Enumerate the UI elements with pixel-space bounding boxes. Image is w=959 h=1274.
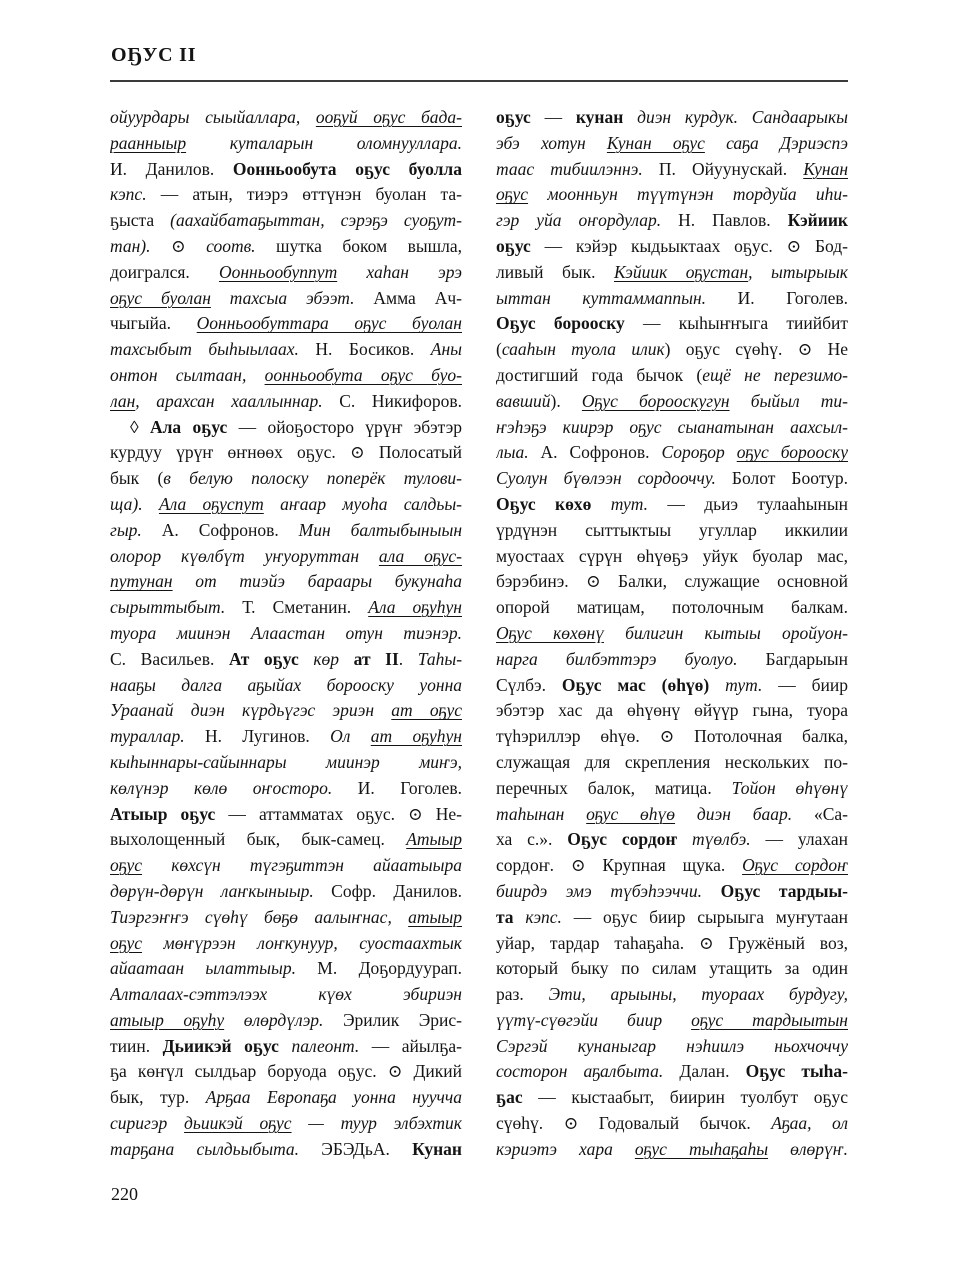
example-italic: тахсыбыт быһыылаах. — [110, 339, 299, 359]
plain-text: — кыстаабыт, биирин туолбут оҕус — [523, 1087, 848, 1107]
text-line: Оҕус көхөнү билигин кытыы оройуон- — [496, 621, 848, 647]
example-italic: Ураанай диэн күрдьүгэс эриэн — [110, 700, 391, 720]
headword-bold: Оҕус мас (өһүө) — [562, 675, 709, 695]
text-line: ойуурдары сыыйаллара, ооҕуй оҕус бада- — [110, 105, 462, 131]
text-line: Алталаах-сэттэлээх күөх эбириэн — [110, 982, 462, 1008]
plain-text — [279, 1036, 292, 1056]
example-italic: ҥэһэҕэ киирэр оҕус сыанатынан аахсыл- — [496, 417, 848, 437]
plain-text — [339, 649, 354, 669]
example-italic: палеонт. — [291, 1036, 359, 1056]
text-line: лан, арахсан хааллыннар. С. Никифоров. — [110, 389, 462, 415]
plain-text: доигрался. — [110, 262, 219, 282]
example-underlined: атыыр оҕуһу — [110, 1010, 224, 1030]
example-italic: гэр уйа оҥордулар. — [496, 210, 661, 230]
plain-text: Эрилик Эрис- — [323, 1010, 462, 1030]
plain-text: — ойоҕосторо үрүҥ эбэтэр — [227, 417, 462, 437]
example-underlined: оҕус борооску — [737, 442, 848, 462]
plain-text: — дьиэ тулааһынын — [648, 494, 848, 514]
example-italic: вавший — [496, 391, 551, 411]
text-line: муостаах сүрүн өһүөҕэ уйук буолар мас, — [496, 544, 848, 570]
text-line: И. Данилов. Оонньообута оҕус буолла — [110, 157, 462, 183]
example-italic: нарга билбэттэрэ буолуо. — [496, 649, 738, 669]
plain-text — [143, 494, 159, 514]
plain-text: Т. Сметанин. — [225, 597, 368, 617]
text-line: кэриэтэ хара оҕус тыһаҕаһы өлөрүҥ. — [496, 1137, 848, 1163]
text-line: чыгыйа. Оонньообуттара оҕус буолан — [110, 311, 462, 337]
example-italic: диэн баар. — [675, 804, 792, 824]
text-line: ҕа көҥүл сылдьар боруода оҕус. ⊙ Дикий — [110, 1059, 462, 1085]
text-line: ха с.». Оҕус сордоҥ түөлбэ. — улахан — [496, 827, 848, 853]
text-line: нааҕы далга аҕыйах борооску уонна — [110, 673, 462, 699]
text-line: ◊ Ала оҕус — ойоҕосторо үрүҥ эбэтэр — [110, 415, 462, 441]
plain-text — [514, 907, 526, 927]
plain-text: ◊ — [130, 417, 150, 437]
text-line: тан). ⊙ соотв. шутка боком вышла, — [110, 234, 462, 260]
plain-text: бэрэбинэ. ⊙ Балки, служащие основной — [496, 571, 848, 591]
example-italic: лыа. — [496, 442, 529, 462]
plain-text: Далан. — [663, 1061, 745, 1081]
text-line: Оҕус борооску — кыһыҥҥыга тиийбит — [496, 311, 848, 337]
plain-text: опорой матицам, потолочным балкам. — [496, 597, 848, 617]
plain-text: түһэриллэр өһүө. ⊙ Потолочная балка, — [496, 726, 848, 746]
text-line: оҕус — кунан диэн курдук. Сандаарыкы — [496, 105, 848, 131]
example-underlined: Оҕус көхөнү — [496, 623, 604, 643]
text-line: ҕас — кыстаабыт, биирин туолбут оҕус — [496, 1085, 848, 1111]
example-italic: соотв. — [206, 236, 255, 256]
header-rule — [110, 80, 848, 82]
text-line: Суолун бүөлээн сордооччу. Болот Боотур. — [496, 466, 848, 492]
example-italic: тут. — [725, 675, 762, 695]
example-italic: ещё не перезимо- — [702, 365, 848, 385]
example-italic: өлөрдүлэр. — [224, 1010, 323, 1030]
headword-bold: кунан — [576, 107, 624, 127]
text-line: ща). Ала оҕуспут аҥаар муоһа салдьы- — [110, 492, 462, 518]
example-italic: куталарын оломнууллара. — [186, 133, 462, 153]
example-italic: дөрүн-дөрүн лаҥкыныыр. — [110, 881, 314, 901]
plain-text: — биир — [762, 675, 848, 695]
plain-text: выхолощенный бык, бык-самец. — [110, 829, 406, 849]
example-italic: быйыл ти- — [730, 391, 848, 411]
plain-text: . — [399, 649, 418, 669]
plain-text: И. Гоголев. — [706, 288, 848, 308]
example-italic: туора миинэн Алаастан отун тиэнэр. — [110, 623, 462, 643]
text-line: та кэпс. — оҕус биир сырыыга муҥутаан — [496, 905, 848, 931]
headword-bold: Оонньообута оҕус буолла — [233, 159, 462, 179]
text-line: опорой матицам, потолочным балкам. — [496, 595, 848, 621]
example-italic: кэпс. — [525, 907, 562, 927]
plain-text — [709, 675, 725, 695]
text-line: курдуу үрүҥ өҥнөөх оҕус. ⊙ Полосатый — [110, 440, 462, 466]
example-italic: гыр. — [110, 520, 142, 540]
headword-bold: Кунан — [412, 1139, 462, 1159]
text-line: оҕус — кэйэр кыдьыктаах оҕус. ⊙ Бод- — [496, 234, 848, 260]
headword-bold: Оҕус борооску — [496, 313, 625, 333]
example-italic: түөлбэ. — [692, 829, 751, 849]
text-line: сүөһү. ⊙ Годовалый бычок. Аҕаа, ол — [496, 1111, 848, 1137]
text-line: тахсыбыт быһыылаах. Н. Босиков. Аны — [110, 337, 462, 363]
example-underlined: оонньообута оҕус буо- — [265, 365, 462, 385]
text-line: служащая для скрепления нескольких по- — [496, 750, 848, 776]
plain-text: М. Доҕордуурап. — [296, 958, 462, 978]
example-italic: — туур элбэхтик — [292, 1113, 462, 1133]
text-line: гыр. А. Софронов. Мин балтыбыныын — [110, 518, 462, 544]
example-italic: тураллар. — [110, 726, 185, 746]
example-italic: тут. — [611, 494, 648, 514]
example-italic: Аҕаа, ол — [771, 1113, 848, 1133]
text-line: раз. Эти, арыыны, туораах бурдугу, — [496, 982, 848, 1008]
example-underlined: раанныыр — [110, 133, 186, 153]
text-line: көлүнэр көлө оҥосторо. И. Гоголев. — [110, 776, 462, 802]
text-line: таас тибиилэннэ. П. Ойуунускай. Кунан — [496, 157, 848, 183]
text-line: лыа. А. Софронов. Сороҕор оҕус борооску — [496, 440, 848, 466]
example-italic: мөҥүрээн лоҥкунуур, суостаахтык — [142, 933, 462, 953]
example-underlined: Оонньообуттара оҕус буолан — [197, 313, 462, 333]
plain-text: бык, тур. — [110, 1087, 206, 1107]
example-underlined: Ала оҕуһун — [368, 597, 462, 617]
example-italic: от тиэйэ бараары букунаһа — [173, 571, 462, 591]
text-line: Тиэргэҥҥэ сүөһү бөҕө аалыҥнас, атыыр — [110, 905, 462, 931]
text-line: бык (в белую полоску поперёк тулови- — [110, 466, 462, 492]
example-underlined: оҕус — [496, 184, 528, 204]
example-italic: өлөрүҥ. — [768, 1139, 848, 1159]
text-line: Сүлбэ. Оҕус мас (өһүө) тут. — биир — [496, 673, 848, 699]
headword-bold: Дьиикэй оҕус — [163, 1036, 279, 1056]
plain-text: Сүлбэ. — [496, 675, 562, 695]
text-line: ҥэһэҕэ киирэр оҕус сыанатынан аахсыл- — [496, 415, 848, 441]
plain-text: Багдарыын — [738, 649, 848, 669]
plain-text: — аттамматах оҕус. ⊙ Не- — [215, 804, 462, 824]
example-underlined: Ала оҕуспут — [159, 494, 264, 514]
plain-text — [702, 881, 721, 901]
headword-bold: Кэйиик — [788, 210, 848, 230]
plain-text: тиин. — [110, 1036, 163, 1056]
plain-text: курдуу үрүҥ өҥнөөх оҕус. ⊙ Полосатый — [110, 442, 462, 462]
example-underlined: Кэйиик оҕустан — [614, 262, 748, 282]
plain-text: сүөһү. ⊙ Годовалый бычок. — [496, 1113, 771, 1133]
example-underlined: дьиикэй оҕус — [184, 1113, 292, 1133]
page-header: ОҔУС II — [111, 44, 196, 67]
plain-text: — айылҕа- — [359, 1036, 462, 1056]
example-italic: сиригэр — [110, 1113, 184, 1133]
plain-text: эбэтэр хас да өһүөнү өйүүр гына, туора — [496, 700, 848, 720]
plain-text: раз. — [496, 984, 549, 1004]
text-line: доигрался. Оонньообуппут хаһан эрэ — [110, 260, 462, 286]
text-line: түһэриллэр өһүө. ⊙ Потолочная балка, — [496, 724, 848, 750]
headword-bold: та — [496, 907, 514, 927]
text-line: сиригэр дьиикэй оҕус — туур элбэхтик — [110, 1111, 462, 1137]
text-line: сырыттыбыт. Т. Сметанин. Ала оҕуһун — [110, 595, 462, 621]
plain-text: С. Васильев. — [110, 649, 229, 669]
example-underlined: Кунан оҕус — [607, 133, 705, 153]
example-underlined: путунан — [110, 571, 173, 591]
text-line: Оҕус көхө тут. — дьиэ тулааһынын — [496, 492, 848, 518]
text-line: таһынан оҕус өһүө диэн баар. «Са- — [496, 802, 848, 828]
plain-text: перечных балок, матица. — [496, 778, 732, 798]
example-italic: , ытырыык — [748, 262, 848, 282]
text-line: туора миинэн Алаастан отун тиэнэр. — [110, 621, 462, 647]
example-italic: хаһан эрэ — [337, 262, 462, 282]
text-line: эбэтэр хас да өһүөнү өйүүр гына, туора — [496, 698, 848, 724]
text-line: перечных балок, матица. Тойон өһүөнү — [496, 776, 848, 802]
plain-text: служащая для скрепления нескольких по- — [496, 752, 848, 772]
plain-text: С. Никифоров. — [323, 391, 462, 411]
text-line: сордоҥ. ⊙ Крупная щука. Оҕус сордоҥ — [496, 853, 848, 879]
text-line: үүтү-сүөгэйи биир оҕус тардыытын — [496, 1008, 848, 1034]
example-italic: айаатаан ылаттыыр. — [110, 958, 296, 978]
plain-text: ⊙ — [151, 236, 207, 256]
example-italic: Сэргэй кунаныгар нэһиилэ ньохчоччу — [496, 1036, 848, 1056]
plain-text: достигший года бычок ( — [496, 365, 702, 385]
text-line: үрдүнэн сыттыктыы угуллар иккилии — [496, 518, 848, 544]
plain-text: А. Софронов. — [529, 442, 662, 462]
example-italic: Суолун бүөлээн сордооччу. — [496, 468, 716, 488]
plain-text: ливый бык. — [496, 262, 614, 282]
example-italic: Тойон өһүөнү — [732, 778, 848, 798]
example-italic: ща). — [110, 494, 143, 514]
text-line: состорон аҕалбыта. Далан. Оҕус тыһа- — [496, 1059, 848, 1085]
text-line: айаатаан ылаттыыр. М. Доҕордуурап. — [110, 956, 462, 982]
example-italic: ойуурдары сыыйаллара, — [110, 107, 316, 127]
plain-text: сордоҥ. ⊙ Крупная щука. — [496, 855, 742, 875]
text-line: тураллар. Н. Лугинов. Ол ат оҕуһун — [110, 724, 462, 750]
plain-text: — атын, тиэрэ өттүнэн буолан та- — [147, 184, 462, 204]
example-italic: Алталаах-сэттэлээх күөх эбириэн — [110, 984, 462, 1004]
example-italic: олорор күөлбүт уҥуоруттан — [110, 546, 379, 566]
example-italic: таһынан — [496, 804, 586, 824]
text-line: выхолощенный бык, бык-самец. Атыыр — [110, 827, 462, 853]
example-underlined: Кунан — [803, 159, 848, 179]
text-line: бэрэбинэ. ⊙ Балки, служащие основной — [496, 569, 848, 595]
example-italic: ыттан куттаммаппын. — [496, 288, 706, 308]
headword-bold: Оҕус көхө — [496, 494, 591, 514]
text-line: оҕус моонньун түүтүнэн тордуйа иһи- — [496, 182, 848, 208]
text-line: ҕыста (аахайбатаҕыттан, сэрэҕэ суоҕут- — [110, 208, 462, 234]
text-line: оҕус көхсүн түгэҕиттэн айаатыыра — [110, 853, 462, 879]
plain-text: П. Ойуунускай. — [643, 159, 804, 179]
example-underlined: ат оҕуһун — [371, 726, 462, 746]
plain-text — [591, 494, 610, 514]
example-italic: кэпс. — [110, 184, 147, 204]
plain-text: бык ( — [110, 468, 163, 488]
example-italic: кыһыннары-сайыннары миинэр миҥэ, — [110, 752, 462, 772]
plain-text: ҕа көҥүл сылдьар боруода оҕус. ⊙ Дикий — [110, 1061, 462, 1081]
example-underlined: Оҕус борооскугун — [582, 391, 730, 411]
plain-text: — — [531, 107, 576, 127]
example-italic: тан). — [110, 236, 151, 256]
example-italic: (аахайбатаҕыттан, сэрэҕэ суоҕут- — [170, 210, 462, 230]
plain-text: — оҕус биир сырыыга муҥутаан — [562, 907, 848, 927]
text-line: кэпс. — атын, тиэрэ өттүнэн буолан та- — [110, 182, 462, 208]
text-line: дөрүн-дөрүн лаҥкыныыр. Софр. Данилов. — [110, 879, 462, 905]
plain-text: Амма Ач- — [354, 288, 462, 308]
text-line: С. Васильев. Ат оҕус көр ат II. Таһы- — [110, 647, 462, 673]
text-line: кыһыннары-сайыннары миинэр миҥэ, — [110, 750, 462, 776]
example-underlined: ала оҕус- — [379, 546, 462, 566]
text-line: оҕус буолан тахсыа эбээт. Амма Ач- — [110, 286, 462, 312]
example-underlined: атыыр — [408, 907, 462, 927]
text-line: эбэ хотун Кунан оҕус саҕа Дэриэспэ — [496, 131, 848, 157]
example-underlined: Атыыр — [406, 829, 462, 849]
example-underlined: оҕус өһүө — [586, 804, 675, 824]
example-italic: Таһы- — [418, 649, 462, 669]
text-line: онтон сылтаан, оонньообута оҕус буо- — [110, 363, 462, 389]
example-italic: үүтү-сүөгэйи биир — [496, 1010, 691, 1030]
text-line: путунан от тиэйэ бараары букунаһа — [110, 569, 462, 595]
headword-bold: Оҕус сордоҥ — [567, 829, 677, 849]
plain-text: Болот Боотур. — [716, 468, 848, 488]
example-italic: тарҕана сылдьыбыта. — [110, 1139, 299, 1159]
example-italic: сырыттыбыт. — [110, 597, 225, 617]
headword-bold: Ат оҕус — [229, 649, 299, 669]
text-line: уйар, тардар таһаҕаһа. ⊙ Гружёный воз, — [496, 931, 848, 957]
text-line: нарга билбэттэрэ буолуо. Багдарыын — [496, 647, 848, 673]
headword-bold: Атыыр оҕус — [110, 804, 215, 824]
example-italic: билигин кытыы оройуон- — [604, 623, 848, 643]
example-italic: сааһын туола илик — [502, 339, 665, 359]
text-line: Сэргэй кунаныгар нэһиилэ ньохчоччу — [496, 1034, 848, 1060]
plain-text: И. Гоголев. — [332, 778, 462, 798]
plain-text: чыгыйа. — [110, 313, 197, 333]
plain-text: ) оҕус сүөһү. ⊙ Не — [665, 339, 848, 359]
example-italic: Ол — [330, 726, 371, 746]
plain-text: А. Софронов. — [142, 520, 299, 540]
example-underlined: оҕус тыһаҕаһы — [635, 1139, 768, 1159]
example-italic: көлүнэр көлө оҥосторо. — [110, 778, 332, 798]
example-italic: аҥаар муоһа салдьы- — [264, 494, 462, 514]
plain-text: ). — [551, 391, 582, 411]
example-italic: состорон аҕалбыта. — [496, 1061, 663, 1081]
example-italic: Сороҕор — [661, 442, 736, 462]
plain-text: шутка боком вышла, — [256, 236, 462, 256]
plain-text: Н. Павлов. — [661, 210, 788, 230]
plain-text: — улахан — [751, 829, 848, 849]
example-italic: в белую полоску поперёк тулови- — [163, 468, 462, 488]
plain-text: ха с.». — [496, 829, 567, 849]
text-line: Ураанай диэн күрдьүгэс эриэн ат оҕус — [110, 698, 462, 724]
example-underlined: Оҕус сордоҥ — [742, 855, 848, 875]
plain-text: который быку по силам утащить за один — [496, 958, 848, 978]
plain-text: Софр. Данилов. — [314, 881, 462, 901]
plain-text: Н. Босиков. — [299, 339, 431, 359]
example-italic: эбэ хотун — [496, 133, 607, 153]
page-number: 220 — [111, 1184, 138, 1205]
example-italic: тахсыа эбээт. — [211, 288, 355, 308]
headword-bold: оҕус — [496, 107, 531, 127]
example-italic: биирдэ эмэ түбэһээччи. — [496, 881, 702, 901]
headword-bold: ат II — [354, 649, 399, 669]
example-italic: Тиэргэҥҥэ сүөһү бөҕө аалыҥнас, — [110, 907, 408, 927]
headword-bold: ҕас — [496, 1087, 523, 1107]
example-italic: диэн курдук. Сандаарыкы — [623, 107, 848, 127]
headword-bold: Ала оҕус — [150, 417, 227, 437]
text-line: ливый бык. Кэйиик оҕустан, ытырыык — [496, 260, 848, 286]
plain-text — [677, 829, 692, 849]
plain-text: ЭБЭДьА. — [299, 1139, 412, 1159]
headword-bold: Оҕус тардыы- — [721, 881, 848, 901]
example-italic: , арахсан хааллыннар. — [135, 391, 322, 411]
example-underlined: оҕус буолан — [110, 288, 211, 308]
plain-text: уйар, тардар таһаҕаһа. ⊙ Гружёный воз, — [496, 933, 848, 953]
text-line: тиин. Дьиикэй оҕус палеонт. — айылҕа- — [110, 1034, 462, 1060]
plain-text — [299, 649, 314, 669]
text-line: оҕус мөҥүрээн лоҥкунуур, суостаахтык — [110, 931, 462, 957]
plain-text: үрдүнэн сыттыктыы угуллар иккилии — [496, 520, 848, 540]
text-line: ыттан куттаммаппын. И. Гоголев. — [496, 286, 848, 312]
example-italic: Арҕаа Европаҕа уонна нуучча — [206, 1087, 462, 1107]
example-italic: нааҕы далга аҕыйах борооску уонна — [110, 675, 462, 695]
example-italic: онтон сылтаан, — [110, 365, 265, 385]
text-line: биирдэ эмэ түбэһээччи. Оҕус тардыы- — [496, 879, 848, 905]
text-line: олорор күөлбүт уҥуоруттан ала оҕус- — [110, 544, 462, 570]
text-line: атыыр оҕуһу өлөрдүлэр. Эрилик Эрис- — [110, 1008, 462, 1034]
example-italic: көхсүн түгэҕиттэн айаатыыра — [142, 855, 462, 875]
text-line: (сааһын туола илик) оҕус сүөһү. ⊙ Не — [496, 337, 848, 363]
text-line: который быку по силам утащить за один — [496, 956, 848, 982]
example-underlined: лан — [110, 391, 135, 411]
plain-text: И. Данилов. — [110, 159, 233, 179]
plain-text: Н. Лугинов. — [185, 726, 331, 746]
text-line: гэр уйа оҥордулар. Н. Павлов. Кэйиик — [496, 208, 848, 234]
example-italic: Аны — [431, 339, 462, 359]
plain-text: «Са- — [792, 804, 848, 824]
plain-text: ҕыста — [110, 210, 170, 230]
example-underlined: ооҕуй оҕус бада- — [316, 107, 462, 127]
example-underlined: оҕус — [110, 855, 142, 875]
example-italic: Эти, арыыны, туораах бурдугу, — [549, 984, 848, 1004]
example-italic: моонньун түүтүнэн тордуйа иһи- — [528, 184, 848, 204]
plain-text: — кэйэр кыдьыктаах оҕус. ⊙ Бод- — [531, 236, 848, 256]
example-italic: таас тибиилэннэ. — [496, 159, 643, 179]
text-line: достигший года бычок (ещё не перезимо- — [496, 363, 848, 389]
headword-bold: оҕус — [496, 236, 531, 256]
example-underlined: Оонньообуппут — [219, 262, 337, 282]
example-underlined: оҕус — [110, 933, 142, 953]
plain-text: — кыһыҥҥыга тиийбит — [625, 313, 848, 333]
text-column-right: оҕус — кунан диэн курдук. Сандаарыкыэбэ … — [496, 105, 848, 1163]
text-line: бык, тур. Арҕаа Европаҕа уонна нуучча — [110, 1085, 462, 1111]
example-underlined: ат оҕус — [391, 700, 462, 720]
text-column-left: ойуурдары сыыйаллара, ооҕуй оҕус бада-ра… — [110, 105, 462, 1163]
example-italic: көр — [313, 649, 339, 669]
text-line: тарҕана сылдьыбыта. ЭБЭДьА. Кунан — [110, 1137, 462, 1163]
example-italic: Мин балтыбыныын — [299, 520, 462, 540]
example-italic: саҕа Дэриэспэ — [705, 133, 848, 153]
example-italic: кэриэтэ хара — [496, 1139, 635, 1159]
example-underlined: оҕус тардыытын — [691, 1010, 848, 1030]
text-line: раанныыр куталарын оломнууллара. — [110, 131, 462, 157]
text-line: вавший). Оҕус борооскугун быйыл ти- — [496, 389, 848, 415]
plain-text: муостаах сүрүн өһүөҕэ уйук буолар мас, — [496, 546, 848, 566]
text-line: Атыыр оҕус — аттамматах оҕус. ⊙ Не- — [110, 802, 462, 828]
headword-bold: Оҕус тыһа- — [746, 1061, 848, 1081]
